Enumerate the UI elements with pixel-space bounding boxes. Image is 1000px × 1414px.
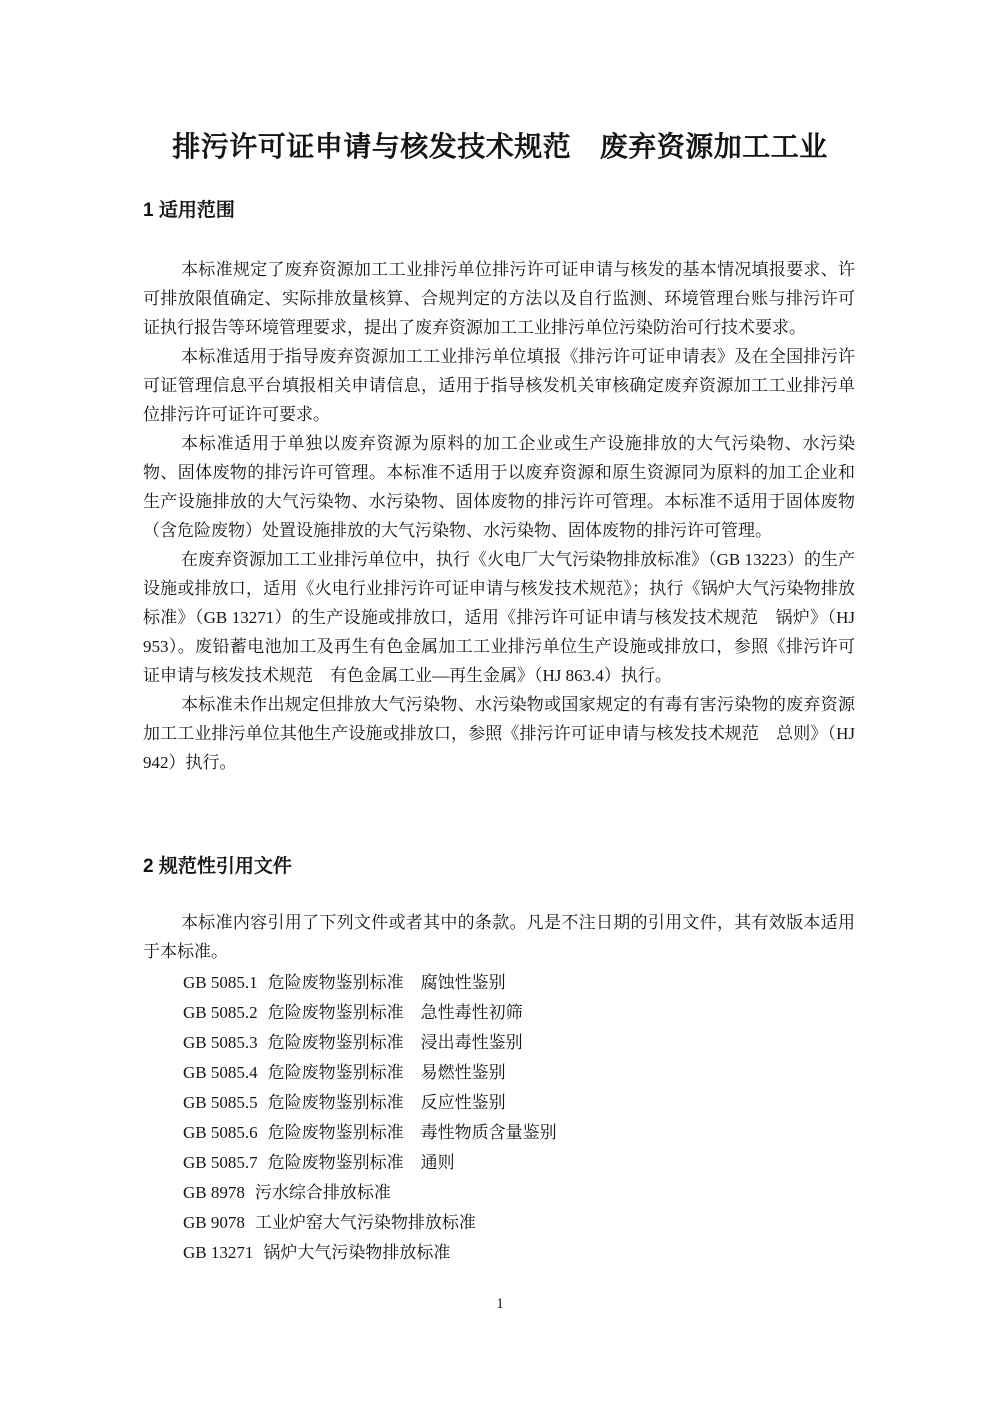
document-page: 排污许可证申请与核发技术规范 废弃资源加工工业 1 适用范围 本标准规定了废弃资… [0,0,1000,1414]
reference-name: 危险废物鉴别标准 腐蚀性鉴别 [268,973,506,992]
document-title: 排污许可证申请与核发技术规范 废弃资源加工工业 [100,129,900,165]
reference-item-3: GB 5085.3危险废物鉴别标准 浸出毒性鉴别 [143,1028,855,1058]
reference-code: GB 5085.4 [183,1058,258,1088]
reference-code: GB 8978 [183,1178,245,1208]
reference-item-7: GB 5085.7危险废物鉴别标准 通则 [143,1148,855,1178]
reference-code: GB 5085.6 [183,1118,258,1148]
reference-item-4: GB 5085.4危险废物鉴别标准 易燃性鉴别 [143,1058,855,1088]
paragraph-1: 本标准规定了废弃资源加工工业排污单位排污许可证申请与核发的基本情况填报要求、许可… [143,255,855,342]
reference-name: 锅炉大气污染物排放标准 [263,1243,450,1262]
reference-code: GB 13271 [183,1238,253,1268]
paragraph-4: 在废弃资源加工工业排污单位中，执行《火电厂大气污染物排放标准》（GB 13223… [143,545,855,690]
paragraph-3: 本标准适用于单独以废弃资源为原料的加工企业或生产设施排放的大气污染物、水污染物、… [143,429,855,545]
reference-item-8: GB 8978污水综合排放标准 [143,1178,855,1208]
reference-item-10: GB 13271锅炉大气污染物排放标准 [143,1238,855,1268]
reference-list: GB 5085.1危险废物鉴别标准 腐蚀性鉴别 GB 5085.2危险废物鉴别标… [143,968,855,1268]
reference-item-1: GB 5085.1危险废物鉴别标准 腐蚀性鉴别 [143,968,855,998]
reference-name: 危险废物鉴别标准 通则 [268,1153,455,1172]
section-1-heading: 1 适用范围 [143,198,855,224]
section-2-body: 本标准内容引用了下列文件或者其中的条款。凡是不注日期的引用文件，其有效版本适用于… [143,908,855,966]
reference-code: GB 5085.7 [183,1148,258,1178]
reference-name: 危险废物鉴别标准 易燃性鉴别 [268,1063,506,1082]
reference-item-2: GB 5085.2危险废物鉴别标准 急性毒性初筛 [143,998,855,1028]
reference-name: 危险废物鉴别标准 急性毒性初筛 [268,1003,523,1022]
reference-name: 危险废物鉴别标准 反应性鉴别 [268,1093,506,1112]
reference-name: 危险废物鉴别标准 毒性物质含量鉴别 [268,1123,557,1142]
reference-name: 危险废物鉴别标准 浸出毒性鉴别 [268,1033,523,1052]
reference-code: GB 9078 [183,1208,245,1238]
section-2-heading: 2 规范性引用文件 [143,854,855,880]
reference-code: GB 5085.5 [183,1088,258,1118]
reference-item-9: GB 9078工业炉窑大气污染物排放标准 [143,1208,855,1238]
reference-code: GB 5085.3 [183,1028,258,1058]
paragraph-5: 本标准未作出规定但排放大气污染物、水污染物或国家规定的有毒有害污染物的废弃资源加… [143,690,855,777]
reference-name: 工业炉窑大气污染物排放标准 [255,1213,476,1232]
reference-code: GB 5085.2 [183,998,258,1028]
section-1-body: 本标准规定了废弃资源加工工业排污单位排污许可证申请与核发的基本情况填报要求、许可… [143,255,855,777]
reference-item-6: GB 5085.6危险废物鉴别标准 毒性物质含量鉴别 [143,1118,855,1148]
page-number: 1 [0,1294,1000,1314]
reference-item-5: GB 5085.5危险废物鉴别标准 反应性鉴别 [143,1088,855,1118]
reference-code: GB 5085.1 [183,968,258,998]
paragraph-2: 本标准适用于指导废弃资源加工工业排污单位填报《排污许可证申请表》及在全国排污许可… [143,342,855,429]
references-intro: 本标准内容引用了下列文件或者其中的条款。凡是不注日期的引用文件，其有效版本适用于… [143,908,855,966]
reference-name: 污水综合排放标准 [255,1183,391,1202]
